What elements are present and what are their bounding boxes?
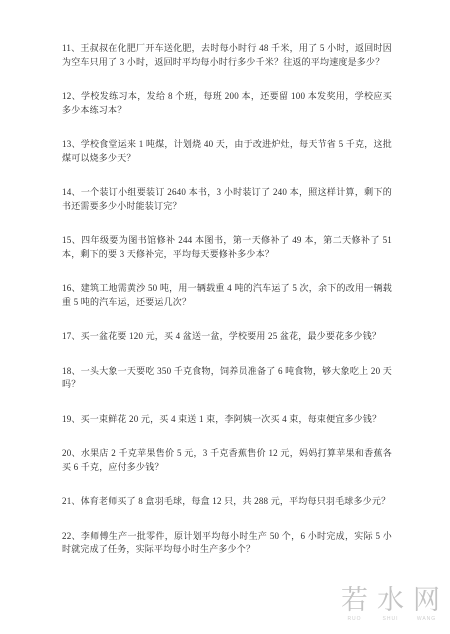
- problem-item-17: 17、买一盆花要 120 元，买 4 盆送一盆，学校要用 25 盆花，最少要花多…: [62, 330, 392, 344]
- problem-item-22: 22、李师傅生产一批零件，原计划平均每小时生产 50 个，6 小时完成，实际 5…: [62, 530, 392, 557]
- problem-item-20: 20、水果店 2 千克苹果售价 5 元，3 千克香蕉售价 12 元，妈妈打算苹果…: [62, 447, 392, 474]
- watermark-char-block: 网 WANG: [413, 586, 440, 622]
- watermark-subtext: SHUI: [383, 616, 399, 622]
- watermark-character: 网: [413, 586, 440, 614]
- problem-item-13: 13、学校食堂运来 1 吨煤，计划烧 40 天，由于改进炉灶，每天节省 5 千克…: [62, 138, 392, 165]
- problem-item-12: 12、学校发练习本，发给 8 个班，每班 200 本，还要留 100 本发奖用，…: [62, 90, 392, 117]
- problem-item-11: 11、王叔叔在化肥厂开车送化肥，去时每小时行 48 千米，用了 5 小时，返回时…: [62, 42, 392, 69]
- problem-item-21: 21、体育老师买了 8 盒羽毛球，每盒 12 只，共 288 元，平均每只羽毛球…: [62, 495, 392, 509]
- problem-item-15: 15、四年级要为图书馆修补 244 本图书，第一天修补了 49 本，第二天修补了…: [62, 234, 392, 261]
- worksheet-page: 11、王叔叔在化肥厂开车送化肥，去时每小时行 48 千米，用了 5 小时，返回时…: [0, 0, 450, 634]
- watermark-character: 若: [341, 586, 368, 614]
- watermark-subtext: RUO: [347, 616, 361, 622]
- problem-item-18: 18、一头大象一天要吃 350 千克食物，饲养员准备了 6 吨食物，够大象吃上 …: [62, 365, 392, 392]
- watermark-subtext: WANG: [417, 616, 436, 622]
- problem-item-19: 19、买一束鲜花 20 元，买 4 束送 1 束，李阿姨一次买 4 束，每束便宜…: [62, 413, 392, 427]
- watermark-character: 水: [377, 586, 404, 614]
- problem-list: 11、王叔叔在化肥厂开车送化肥，去时每小时行 48 千米，用了 5 小时，返回时…: [0, 0, 450, 557]
- problem-item-14: 14、一个装订小组要装订 2640 本书，3 小时装订了 240 本，照这样计算…: [62, 186, 392, 213]
- watermark-char-block: 若 RUO: [341, 586, 368, 622]
- watermark: 若 RUO 水 SHUI 网 WANG: [341, 586, 440, 622]
- problem-item-16: 16、建筑工地需黄沙 50 吨，用一辆载重 4 吨的汽车运了 5 次，余下的改用…: [62, 282, 392, 309]
- watermark-char-block: 水 SHUI: [377, 586, 404, 622]
